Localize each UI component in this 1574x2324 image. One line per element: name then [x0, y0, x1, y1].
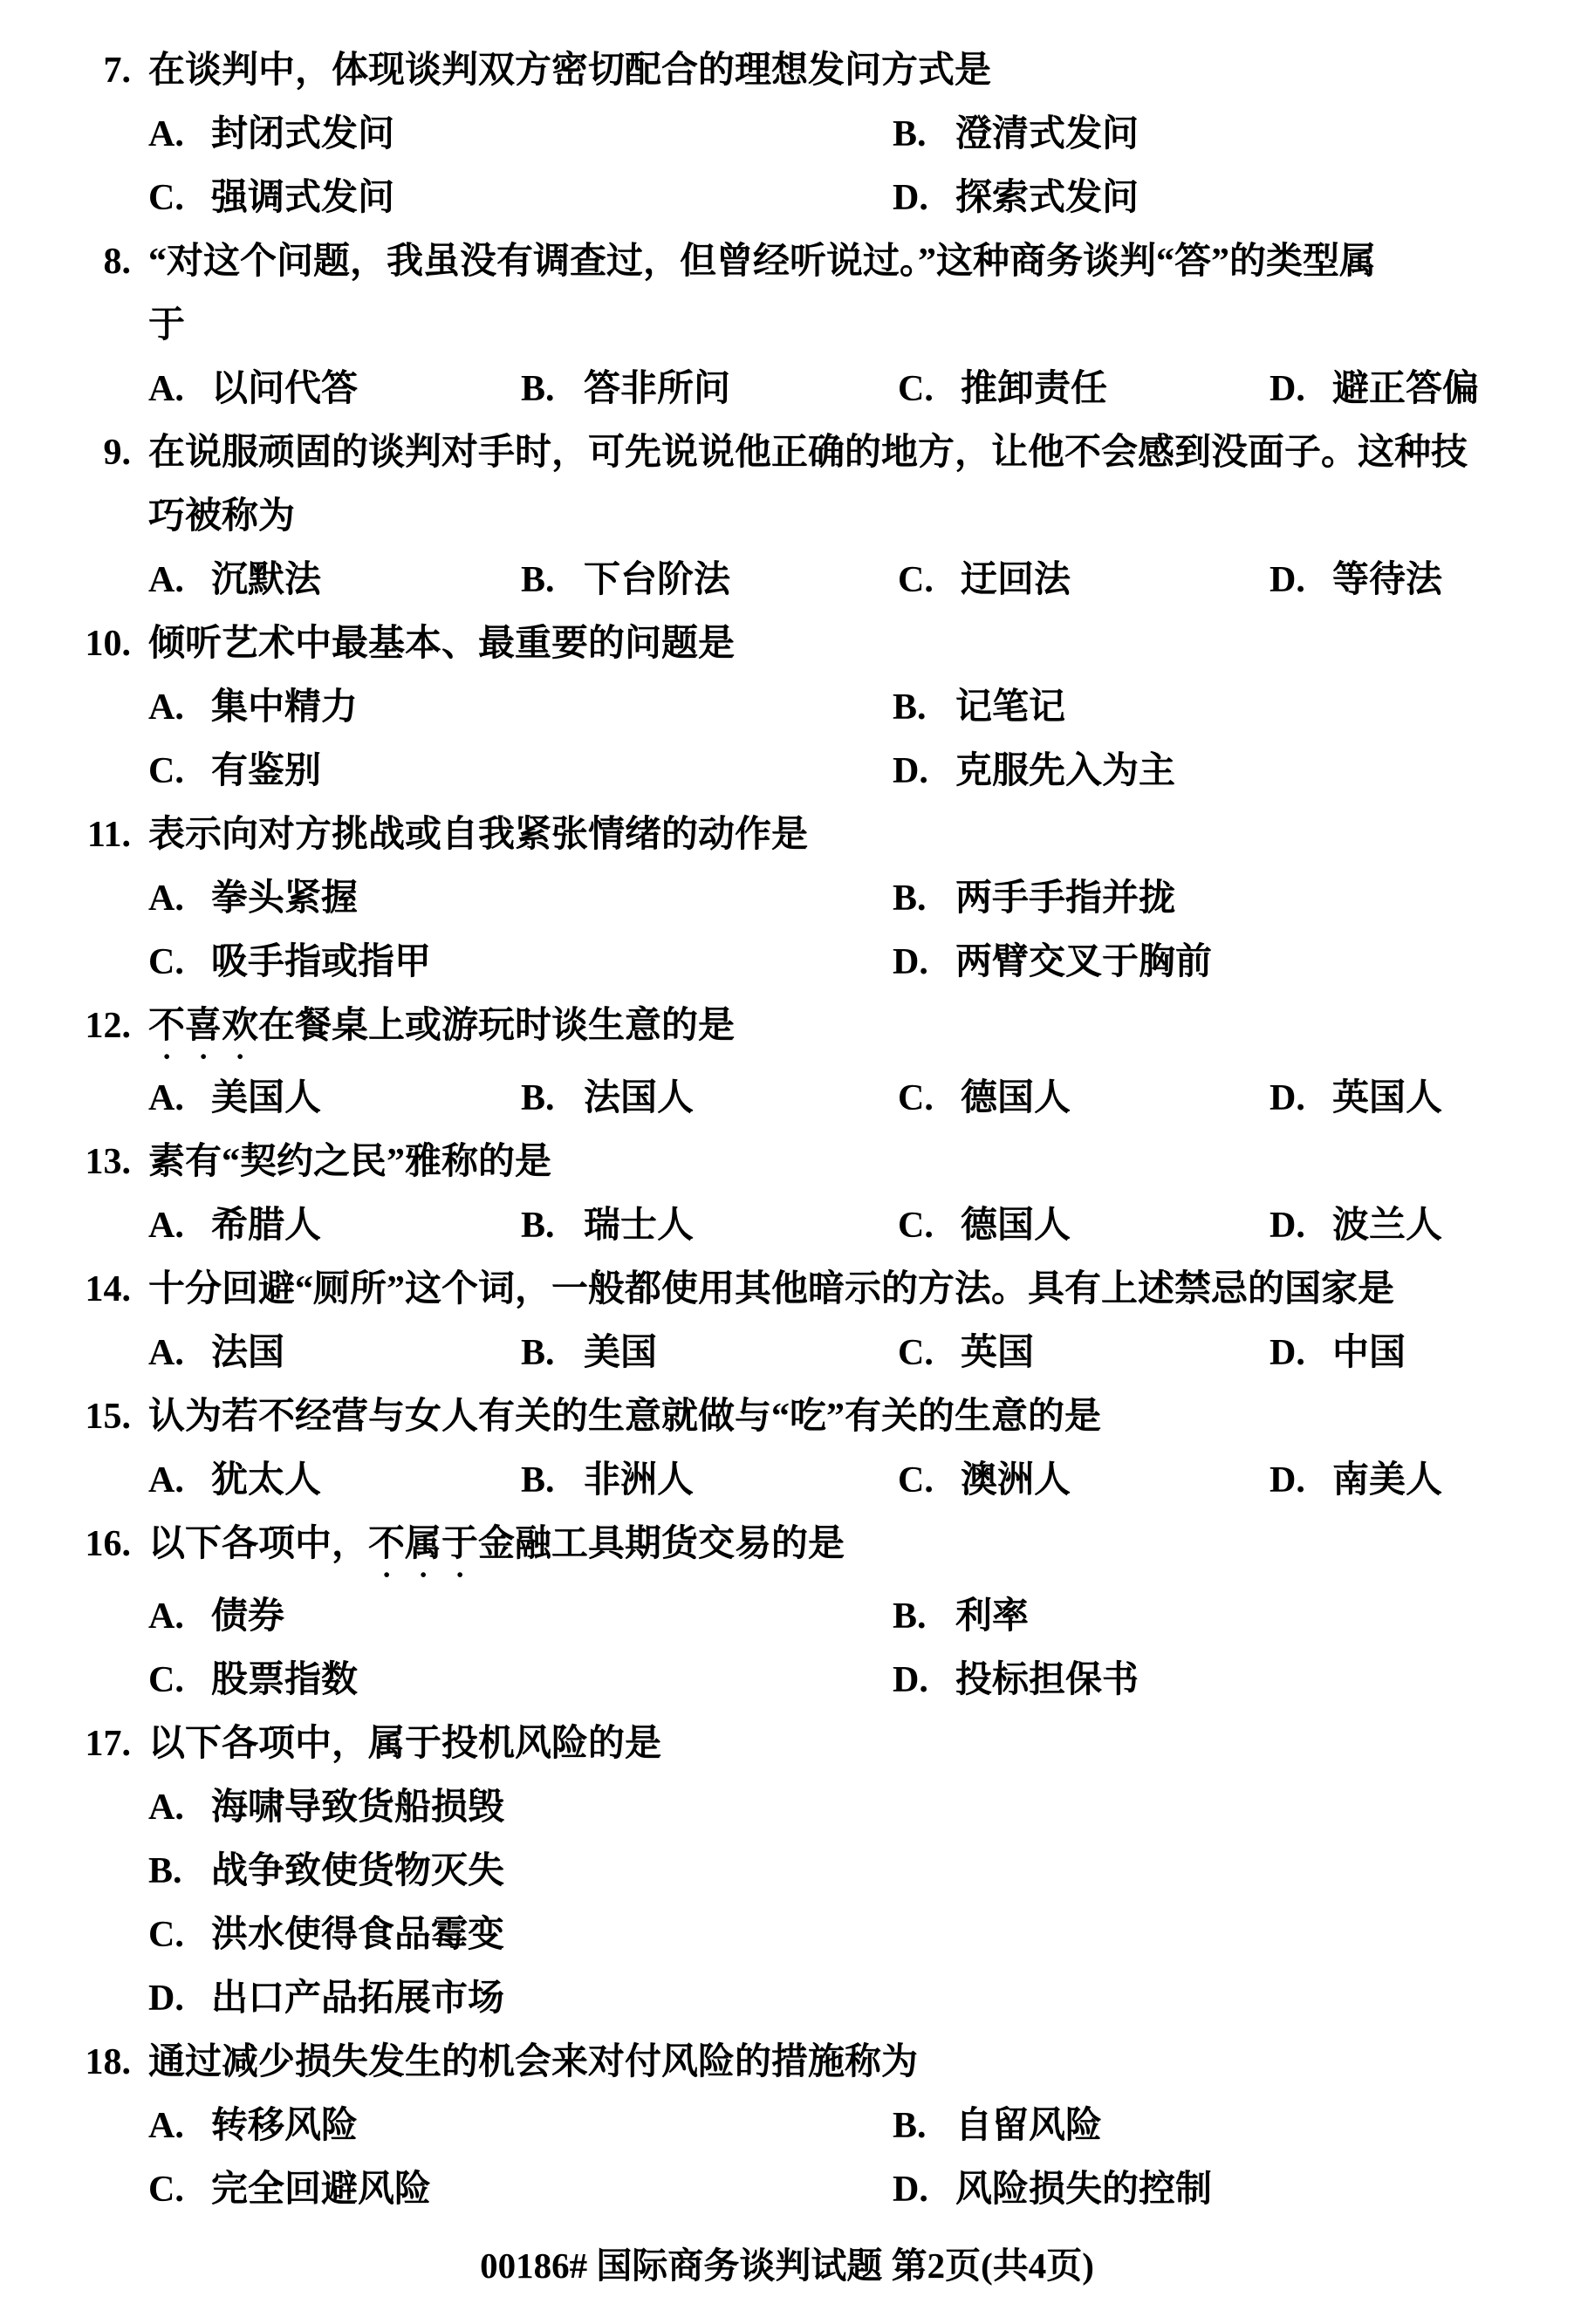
question-line: 18.通过减少损失发生的机会来对付风险的措施称为 [0, 2031, 1574, 2095]
options: A.犹太人B.非洲人C.澳洲人D.南美人 [148, 1449, 1539, 1513]
question-text-segment: 不属于 [368, 1524, 478, 1564]
option-text: 利率 [955, 1596, 1029, 1637]
option-text: 集中精力 [211, 687, 358, 728]
option-A: A.希腊人 [148, 1194, 521, 1258]
option-A: A.美国人 [148, 1067, 521, 1131]
option-C: C.有鉴别 [148, 740, 893, 803]
question-line: 11.表示向对方挑战或自我紧张情绪的动作是 [0, 803, 1574, 867]
option-text: 法国 [211, 1333, 284, 1373]
option-label: D. [1269, 1194, 1332, 1258]
question-text: 在谈判中，体现谈判双方密切配合的理想发问方式是 [148, 39, 1478, 103]
option-B: B.瑞士人 [521, 1194, 898, 1258]
option-C: C.推卸责任 [898, 358, 1269, 421]
options: A.希腊人B.瑞士人C.德国人D.波兰人 [148, 1194, 1539, 1258]
option-A: A.封闭式发问 [148, 103, 893, 167]
option-label: D. [893, 167, 955, 230]
option-label: A. [148, 1067, 211, 1131]
option-C: C.英国 [898, 1322, 1269, 1385]
option-label: A. [148, 358, 211, 421]
question-15: 15.认为若不经营与女人有关的生意就做与“吃”有关的生意的是A.犹太人B.非洲人… [0, 1385, 1574, 1513]
option-label: C. [898, 1322, 961, 1385]
option-D: D.克服先入为主 [893, 740, 1539, 803]
option-text: 海啸导致货船损毁 [211, 1787, 504, 1828]
question-text-segment: 通过减少损失发生的机会来对付风险的措施称为 [148, 2042, 918, 2082]
question-number: 18. [0, 2031, 131, 2095]
option-D: D.波兰人 [1269, 1194, 1539, 1258]
option-label: A. [148, 676, 211, 740]
option-B: B.法国人 [521, 1067, 898, 1131]
option-label: D. [1269, 549, 1332, 612]
option-C: C.德国人 [898, 1194, 1269, 1258]
option-label: C. [148, 1904, 211, 1967]
option-C: C.吸手指或指甲 [148, 931, 893, 995]
question-text-segment: 在餐桌上或游玩时谈生意的是 [258, 1006, 735, 1046]
question-text-segment: 以下各项中，属于投机风险的是 [148, 1724, 661, 1764]
question-number: 17. [0, 1712, 131, 1776]
option-text: 债券 [211, 1596, 284, 1637]
option-text: 德国人 [961, 1206, 1071, 1246]
option-text: 美国人 [211, 1078, 321, 1118]
question-14: 14.十分回避“厕所”这个词，一般都使用其他暗示的方法。具有上述禁忌的国家是A.… [0, 1258, 1574, 1385]
question-text: 不喜欢在餐桌上或游玩时谈生意的是 [148, 995, 1478, 1067]
option-label: D. [893, 2158, 955, 2222]
question-text-segment: 不喜欢 [148, 1006, 258, 1046]
option-D: D.出口产品拓展市场 [148, 1967, 1539, 2031]
option-label: A. [148, 549, 211, 612]
option-text: 封闭式发问 [211, 114, 394, 154]
options: A.债券B.利率C.股票指数D.投标担保书 [148, 1585, 1539, 1712]
question-text: 素有“契约之民”雅称的是 [148, 1131, 1478, 1194]
question-number: 8. [0, 230, 131, 294]
question-line: 13.素有“契约之民”雅称的是 [0, 1131, 1574, 1194]
options: A.法国B.美国C.英国D.中国 [148, 1322, 1539, 1385]
option-text: 希腊人 [211, 1206, 321, 1246]
option-C: C.迂回法 [898, 549, 1269, 612]
option-text: 波兰人 [1332, 1206, 1442, 1246]
option-label: C. [148, 167, 211, 230]
option-text: 完全回避风险 [211, 2170, 431, 2210]
question-number: 10. [0, 612, 131, 676]
option-label: B. [893, 1585, 955, 1649]
question-text: 以下各项中，不属于金融工具期货交易的是 [148, 1513, 1478, 1585]
option-D: D.两臂交叉于胸前 [893, 931, 1539, 995]
question-text: 在说服顽固的谈判对手时，可先说说他正确的地方，让他不会感到没面子。这种技 巧被称… [148, 421, 1478, 549]
option-label: C. [898, 358, 961, 421]
option-label: C. [898, 1449, 961, 1513]
option-label: B. [521, 1449, 584, 1513]
exam-page: 7.在谈判中，体现谈判双方密切配合的理想发问方式是A.封闭式发问B.澄清式发问C… [0, 0, 1574, 2324]
option-D: D.南美人 [1269, 1449, 1539, 1513]
option-D: D.投标担保书 [893, 1649, 1539, 1712]
options: A.以问代答B.答非所问C.推卸责任D.避正答偏 [148, 358, 1539, 421]
option-text: 沉默法 [211, 560, 321, 600]
question-9: 9.在说服顽固的谈判对手时，可先说说他正确的地方，让他不会感到没面子。这种技 巧… [0, 421, 1574, 612]
option-label: D. [893, 1649, 955, 1712]
question-text-segment: 以下各项中， [148, 1524, 368, 1564]
question-number: 15. [0, 1385, 131, 1449]
question-text-segment: 在谈判中，体现谈判双方密切配合的理想发问方式是 [148, 51, 991, 91]
options: A.拳头紧握B.两手手指并拢C.吸手指或指甲D.两臂交叉于胸前 [148, 867, 1539, 995]
option-label: C. [148, 2158, 211, 2222]
option-text: 澄清式发问 [955, 114, 1139, 154]
options: A.集中精力B.记笔记C.有鉴别D.克服先入为主 [148, 676, 1539, 803]
option-text: 投标担保书 [955, 1660, 1139, 1700]
options: A.转移风险B.自留风险C.完全回避风险D.风险损失的控制 [148, 2095, 1539, 2222]
option-C: C.洪水使得食品霉变 [148, 1904, 1539, 1967]
option-label: C. [898, 549, 961, 612]
question-number: 12. [0, 995, 131, 1058]
option-C: C.完全回避风险 [148, 2158, 893, 2222]
option-A: A.海啸导致货船损毁 [148, 1776, 1539, 1840]
option-text: 出口产品拓展市场 [211, 1979, 504, 2019]
option-label: B. [521, 1067, 584, 1131]
option-text: 避正答偏 [1332, 369, 1479, 409]
option-D: D.中国 [1269, 1322, 1539, 1385]
option-text: 战争致使货物灭失 [211, 1851, 504, 1891]
options: A.封闭式发问B.澄清式发问C.强调式发问D.探索式发问 [148, 103, 1539, 230]
option-label: D. [893, 931, 955, 995]
question-line: 14.十分回避“厕所”这个词，一般都使用其他暗示的方法。具有上述禁忌的国家是 [0, 1258, 1574, 1322]
option-A: A.犹太人 [148, 1449, 521, 1513]
option-text: 探索式发问 [955, 178, 1139, 218]
question-number: 16. [0, 1513, 131, 1576]
option-A: A.沉默法 [148, 549, 521, 612]
option-label: A. [148, 1449, 211, 1513]
question-line: 9.在说服顽固的谈判对手时，可先说说他正确的地方，让他不会感到没面子。这种技 巧… [0, 421, 1574, 549]
option-text: 洪水使得食品霉变 [211, 1915, 504, 1955]
question-text: 以下各项中，属于投机风险的是 [148, 1712, 1478, 1776]
option-text: 答非所问 [584, 369, 730, 409]
question-text-segment: 认为若不经营与女人有关的生意就做与“吃”有关的生意的是 [148, 1397, 1101, 1437]
option-A: A.法国 [148, 1322, 521, 1385]
option-text: 风险损失的控制 [955, 2170, 1212, 2210]
option-text: 拳头紧握 [211, 878, 358, 919]
option-A: A.拳头紧握 [148, 867, 893, 931]
question-line: 12.不喜欢在餐桌上或游玩时谈生意的是 [0, 995, 1574, 1067]
question-line: 16.以下各项中，不属于金融工具期货交易的是 [0, 1513, 1574, 1585]
question-line: 15.认为若不经营与女人有关的生意就做与“吃”有关的生意的是 [0, 1385, 1574, 1449]
option-label: D. [1269, 1449, 1332, 1513]
option-text: 下台阶法 [584, 560, 730, 600]
options: A.海啸导致货船损毁B.战争致使货物灭失C.洪水使得食品霉变D.出口产品拓展市场 [148, 1776, 1539, 2031]
option-label: D. [1269, 358, 1332, 421]
option-B: B.非洲人 [521, 1449, 898, 1513]
option-label: D. [1269, 1067, 1332, 1131]
option-label: B. [148, 1840, 211, 1904]
option-D: D.英国人 [1269, 1067, 1539, 1131]
option-label: B. [521, 1194, 584, 1258]
option-label: A. [148, 867, 211, 931]
option-text: 犹太人 [211, 1460, 321, 1500]
question-text-segment: 表示向对方挑战或自我紧张情绪的动作是 [148, 815, 808, 855]
option-text: 中国 [1332, 1333, 1406, 1373]
option-label: C. [898, 1067, 961, 1131]
question-number: 14. [0, 1258, 131, 1322]
option-label: B. [521, 1322, 584, 1385]
option-B: B.记笔记 [893, 676, 1539, 740]
question-8: 8.“对这个问题，我虽没有调查过，但曾经听说过。”这种商务谈判“答”的类型属 于… [0, 230, 1574, 421]
option-A: A.以问代答 [148, 358, 521, 421]
option-text: 南美人 [1332, 1460, 1442, 1500]
question-number: 13. [0, 1131, 131, 1194]
option-B: B.下台阶法 [521, 549, 898, 612]
option-label: D. [1269, 1322, 1332, 1385]
question-list: 7.在谈判中，体现谈判双方密切配合的理想发问方式是A.封闭式发问B.澄清式发问C… [0, 39, 1574, 2222]
question-7: 7.在谈判中，体现谈判双方密切配合的理想发问方式是A.封闭式发问B.澄清式发问C… [0, 39, 1574, 230]
option-B: B.利率 [893, 1585, 1539, 1649]
question-text-segment: 金融工具期货交易的是 [478, 1524, 845, 1564]
option-label: A. [148, 103, 211, 167]
option-text: 迂回法 [961, 560, 1071, 600]
question-line: 17.以下各项中，属于投机风险的是 [0, 1712, 1574, 1776]
option-label: B. [521, 358, 584, 421]
option-A: A.集中精力 [148, 676, 893, 740]
option-text: 股票指数 [211, 1660, 358, 1700]
option-text: 自留风险 [955, 2106, 1102, 2146]
question-text: 认为若不经营与女人有关的生意就做与“吃”有关的生意的是 [148, 1385, 1478, 1449]
question-13: 13.素有“契约之民”雅称的是A.希腊人B.瑞士人C.德国人D.波兰人 [0, 1131, 1574, 1258]
question-text: “对这个问题，我虽没有调查过，但曾经听说过。”这种商务谈判“答”的类型属 于 [148, 230, 1478, 358]
option-label: B. [893, 676, 955, 740]
option-B: B.美国 [521, 1322, 898, 1385]
option-B: B.答非所问 [521, 358, 898, 421]
option-text: 非洲人 [584, 1460, 694, 1500]
option-D: D.风险损失的控制 [893, 2158, 1539, 2222]
question-line: 10.倾听艺术中最基本、最重要的问题是 [0, 612, 1574, 676]
option-B: B.澄清式发问 [893, 103, 1539, 167]
option-B: B.战争致使货物灭失 [148, 1840, 1539, 1904]
question-11: 11.表示向对方挑战或自我紧张情绪的动作是A.拳头紧握B.两手手指并拢C.吸手指… [0, 803, 1574, 995]
option-label: B. [893, 2095, 955, 2158]
option-label: A. [148, 2095, 211, 2158]
question-text-segment: “对这个问题，我虽没有调查过，但曾经听说过。”这种商务谈判“答”的类型属 于 [148, 242, 1376, 345]
option-B: B.两手手指并拢 [893, 867, 1539, 931]
option-C: C.股票指数 [148, 1649, 893, 1712]
question-18: 18.通过减少损失发生的机会来对付风险的措施称为A.转移风险B.自留风险C.完全… [0, 2031, 1574, 2222]
option-text: 法国人 [584, 1078, 694, 1118]
options: A.美国人B.法国人C.德国人D.英国人 [148, 1067, 1539, 1131]
option-label: B. [521, 549, 584, 612]
question-text-segment: 素有“契约之民”雅称的是 [148, 1142, 551, 1182]
option-label: B. [893, 103, 955, 167]
option-label: C. [148, 1649, 211, 1712]
option-label: A. [148, 1776, 211, 1840]
question-text-segment: 在说服顽固的谈判对手时，可先说说他正确的地方，让他不会感到没面子。这种技 巧被称… [148, 433, 1468, 537]
option-text: 瑞士人 [584, 1206, 694, 1246]
option-label: C. [148, 931, 211, 995]
option-text: 强调式发问 [211, 178, 394, 218]
question-number: 11. [0, 803, 131, 867]
option-label: D. [893, 740, 955, 803]
options: A.沉默法B.下台阶法C.迂回法D.等待法 [148, 549, 1539, 612]
page-footer: 00186# 国际商务谈判试题 第2页(共4页) [0, 2234, 1574, 2298]
option-text: 美国 [584, 1333, 657, 1373]
option-text: 英国 [961, 1333, 1034, 1373]
question-text: 表示向对方挑战或自我紧张情绪的动作是 [148, 803, 1478, 867]
question-number: 9. [0, 421, 131, 485]
option-text: 转移风险 [211, 2106, 358, 2146]
option-C: C.强调式发问 [148, 167, 893, 230]
option-label: A. [148, 1322, 211, 1385]
question-text: 倾听艺术中最基本、最重要的问题是 [148, 612, 1478, 676]
option-A: A.债券 [148, 1585, 893, 1649]
option-text: 以问代答 [211, 369, 358, 409]
option-text: 德国人 [961, 1078, 1071, 1118]
option-text: 克服先入为主 [955, 751, 1175, 791]
option-text: 等待法 [1332, 560, 1442, 600]
question-line: 8.“对这个问题，我虽没有调查过，但曾经听说过。”这种商务谈判“答”的类型属 于 [0, 230, 1574, 358]
option-text: 推卸责任 [961, 369, 1107, 409]
option-text: 记笔记 [955, 687, 1065, 728]
option-text: 吸手指或指甲 [211, 942, 431, 982]
option-label: A. [148, 1585, 211, 1649]
option-label: B. [893, 867, 955, 931]
option-C: C.德国人 [898, 1067, 1269, 1131]
option-B: B.自留风险 [893, 2095, 1539, 2158]
option-label: C. [148, 740, 211, 803]
option-label: A. [148, 1194, 211, 1258]
option-text: 英国人 [1332, 1078, 1442, 1118]
option-text: 两手手指并拢 [955, 878, 1175, 919]
option-text: 两臂交叉于胸前 [955, 942, 1212, 982]
question-line: 7.在谈判中，体现谈判双方密切配合的理想发问方式是 [0, 39, 1574, 103]
question-17: 17.以下各项中，属于投机风险的是A.海啸导致货船损毁B.战争致使货物灭失C.洪… [0, 1712, 1574, 2031]
question-number: 7. [0, 39, 131, 103]
option-text: 有鉴别 [211, 751, 321, 791]
option-D: D.避正答偏 [1269, 358, 1539, 421]
option-label: D. [148, 1967, 211, 2031]
question-text: 通过减少损失发生的机会来对付风险的措施称为 [148, 2031, 1478, 2095]
question-text-segment: 倾听艺术中最基本、最重要的问题是 [148, 624, 735, 664]
option-A: A.转移风险 [148, 2095, 893, 2158]
question-16: 16.以下各项中，不属于金融工具期货交易的是A.债券B.利率C.股票指数D.投标… [0, 1513, 1574, 1712]
question-text-segment: 十分回避“厕所”这个词，一般都使用其他暗示的方法。具有上述禁忌的国家是 [148, 1269, 1394, 1309]
option-C: C.澳洲人 [898, 1449, 1269, 1513]
option-D: D.等待法 [1269, 549, 1539, 612]
option-D: D.探索式发问 [893, 167, 1539, 230]
question-12: 12.不喜欢在餐桌上或游玩时谈生意的是A.美国人B.法国人C.德国人D.英国人 [0, 995, 1574, 1131]
option-label: C. [898, 1194, 961, 1258]
question-10: 10.倾听艺术中最基本、最重要的问题是A.集中精力B.记笔记C.有鉴别D.克服先… [0, 612, 1574, 803]
option-text: 澳洲人 [961, 1460, 1071, 1500]
question-text: 十分回避“厕所”这个词，一般都使用其他暗示的方法。具有上述禁忌的国家是 [148, 1258, 1478, 1322]
